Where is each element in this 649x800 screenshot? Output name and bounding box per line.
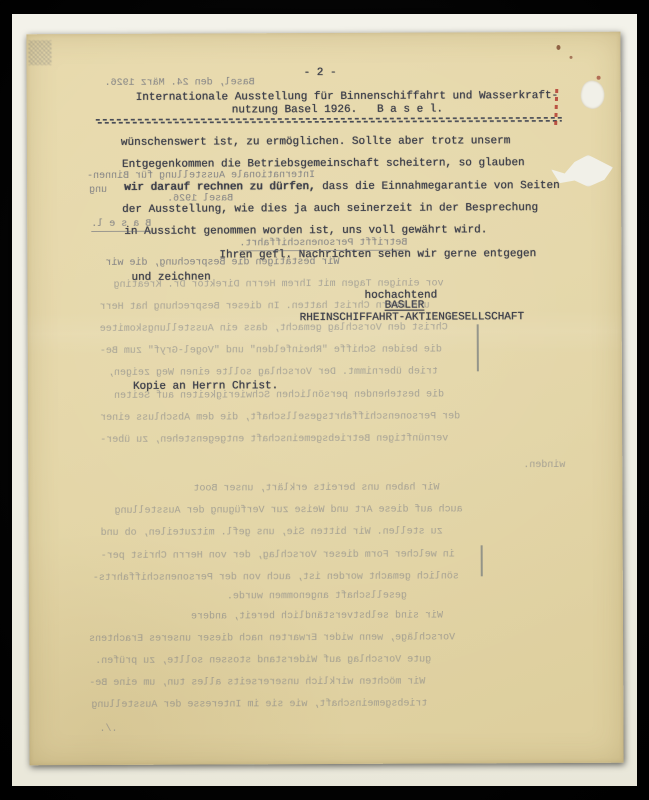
- bleedthrough-line: Wir sind selbstverständlich bereit, ande…: [191, 611, 443, 622]
- ink-speck: [556, 45, 560, 50]
- bleedthrough-line: der Personenschiffahrtsgesellschaft, die…: [100, 412, 460, 424]
- bleedthrough-line: Wir haben uns bereits erklärt, unser Boo…: [193, 484, 439, 495]
- typed-line: wünschenswert ist, zu ermöglichen. Sollt…: [121, 136, 511, 149]
- typed-line: der Ausstellung, wie dies ja auch seiner…: [122, 203, 538, 216]
- bleedthrough-line: Wir bestätigen die Besprechung, die wir: [105, 258, 339, 269]
- bleedthrough-line: vernünftigen Betriebsgemeinschaft entgeg…: [100, 434, 448, 446]
- bleedthrough-line: auch auf diese Art und Weise zur Verfügu…: [114, 505, 462, 517]
- bleedthrough-line: zu stellen. Wir bitten Sie, uns gefl. mi…: [101, 527, 443, 538]
- bleedthrough-line: vor einigen Tagen mit Ihrem Herrn Direkt…: [113, 279, 443, 290]
- typed-line: nutzung Basel 1926. B a s e l.: [232, 104, 443, 116]
- bleedthrough-line: gesellschaft angenommen wurde.: [227, 592, 407, 603]
- typed-divider: [96, 117, 562, 125]
- margin-pencil-line: [481, 545, 483, 576]
- bleedthrough-line: sönlich gemacht worden ist, auch von der…: [93, 572, 459, 584]
- typed-line: in Aussicht genommen worden ist, uns vol…: [124, 225, 487, 238]
- paper-damage-spot: [551, 155, 613, 187]
- bleedthrough-line: die bestehenden persönlichen Schwierigke…: [114, 390, 444, 401]
- bleedthrough-line: triebsgemeinschaft, wie sie im Interesse…: [91, 700, 427, 711]
- paper-damage-spot: [578, 79, 607, 111]
- typed-line: dass die Einnahmegarantie von Seiten: [322, 181, 560, 193]
- letter-page: - 2 - Internationale Ausstellung für Bin…: [26, 32, 623, 766]
- bleedthrough-line: Christ den Vorschlag gemacht, dass ein A…: [100, 323, 448, 335]
- typed-line: wir darauf rechnen zu dürfen,: [124, 182, 315, 194]
- bleedthrough-line: Basel, den 24. März 1926.: [105, 78, 255, 89]
- bleedthrough-line: Vorschläge, wenn wider Erwarten nach die…: [89, 633, 455, 645]
- bleedthrough-line: ung: [89, 186, 107, 196]
- bleedthrough-line: die beiden Schiffe "Rheinfelden" und "Vo…: [100, 345, 442, 356]
- typed-line: Entgegenkommen die Betriebsgemeinschaft …: [122, 158, 525, 171]
- bleedthrough-line: Internationale Ausstellung für Binnen-: [87, 171, 315, 182]
- bleedthrough-line: in welcher Form dieser Vorschlag, der vo…: [101, 550, 455, 562]
- bleedthrough-line: B a s e l.: [91, 220, 151, 232]
- typed-line: Internationale Ausstellung für Binnensch…: [136, 91, 559, 104]
- bleedthrough-line: winden.: [523, 461, 565, 471]
- bleedthrough-line: und Herrn Christ hatten. In dieser Bespr…: [100, 302, 430, 313]
- bleedthrough-line: Betrifft Personenschiffahrt.: [239, 239, 407, 252]
- bleedthrough-line: trieb übernimmt. Der Vorschlag sollte ei…: [108, 368, 438, 379]
- photo-background: - 2 - Internationale Ausstellung für Bin…: [0, 0, 649, 800]
- bleedthrough-line: Basel 1926.: [167, 194, 233, 204]
- bleedthrough-line: ./.: [99, 725, 117, 735]
- margin-pencil-line: [477, 324, 479, 371]
- bleedthrough-line: Wir möchten wirklich unsererseits alles …: [89, 678, 425, 689]
- bleedthrough-line: gute Vorschlag auf Widerstand stossen so…: [95, 656, 431, 667]
- ink-speck: [597, 76, 601, 80]
- archive-stamp-mark: [28, 40, 51, 65]
- page-number: - 2 -: [304, 68, 337, 79]
- ink-speck: [570, 56, 573, 59]
